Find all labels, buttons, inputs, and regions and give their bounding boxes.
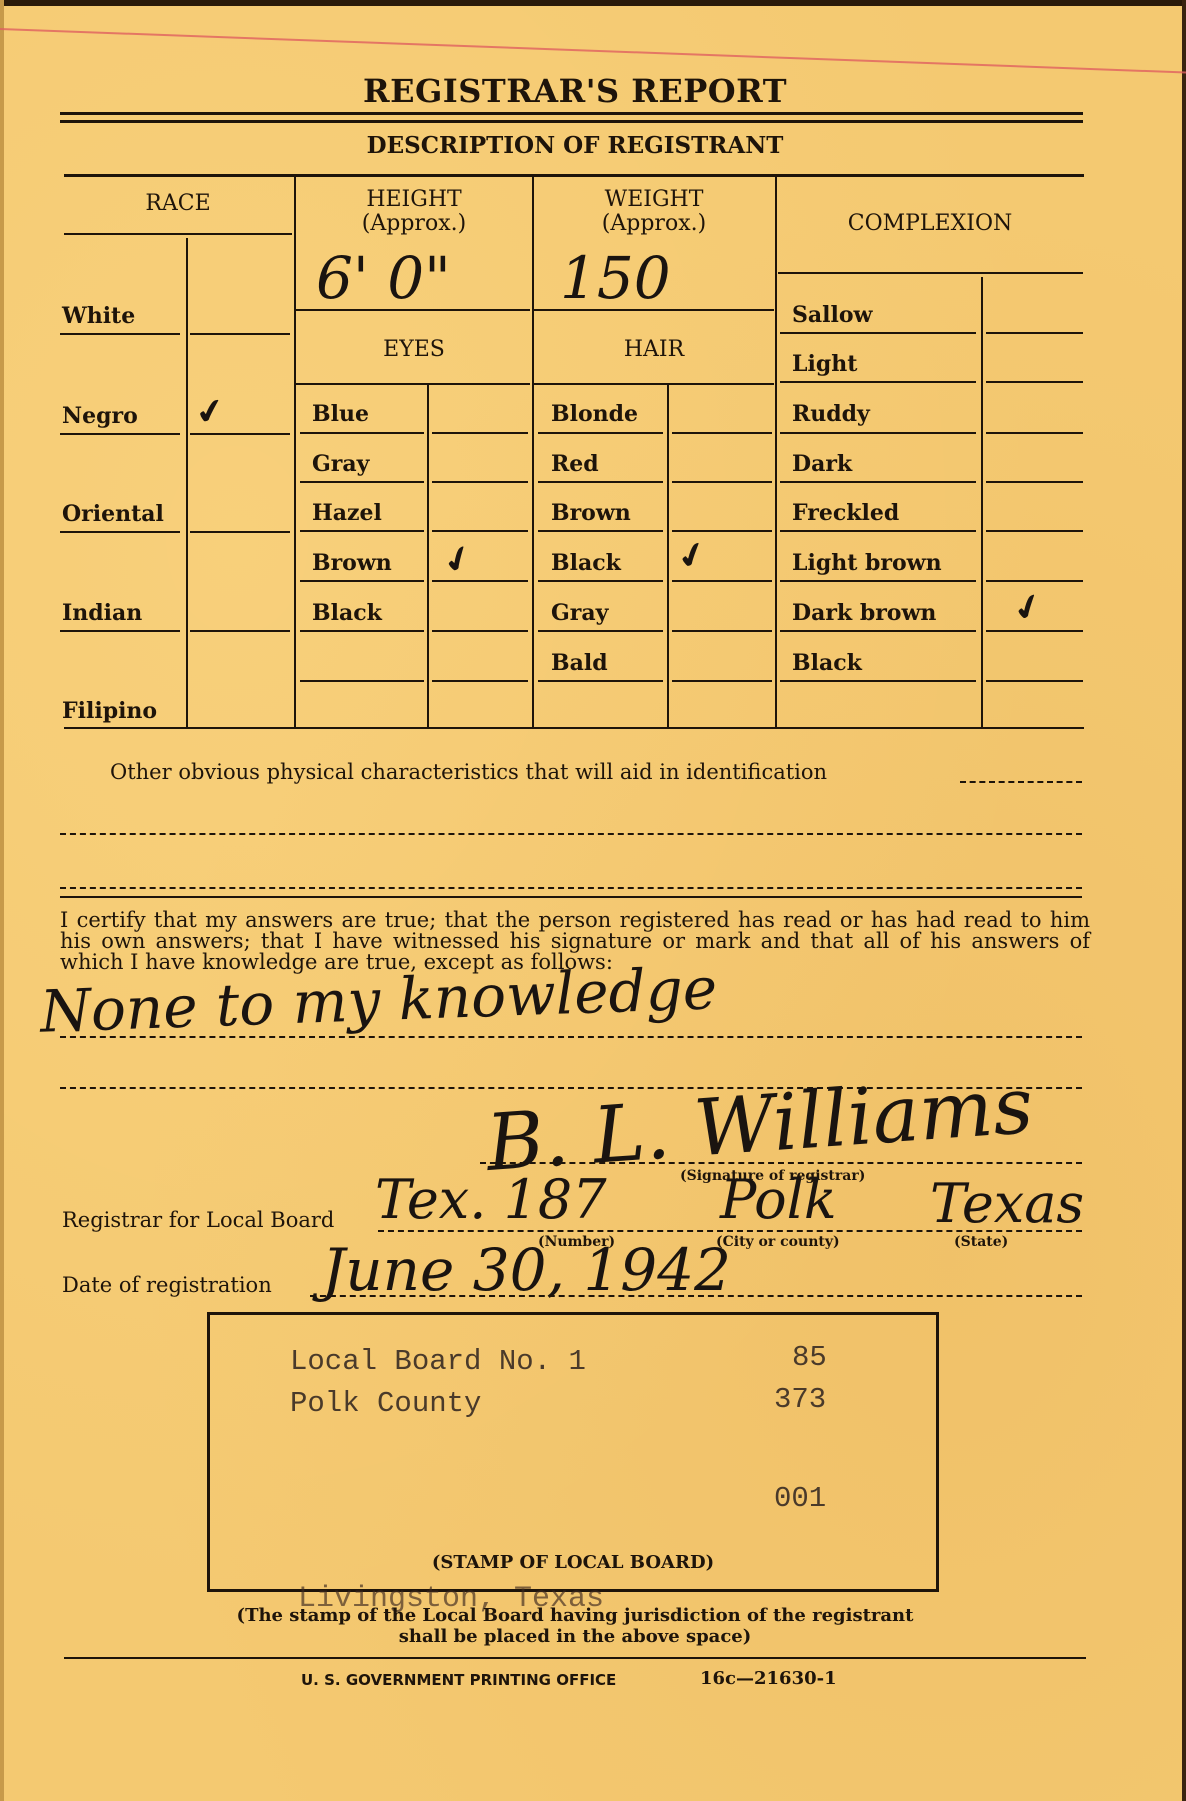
race-row-rule <box>60 433 180 435</box>
complexion-row-rule <box>780 680 976 682</box>
title-rule-bottom <box>60 120 1083 123</box>
complexion-dark-brown: Dark brown <box>792 600 936 626</box>
local-board-state: Texas <box>930 1172 1084 1235</box>
stamp-box: Local Board No. 1 Polk County 85 373 001… <box>207 1312 939 1592</box>
eyes-blue: Blue <box>312 401 369 427</box>
complexion-row-rule <box>780 630 976 632</box>
header-eyes: EYES <box>296 338 532 362</box>
header-height: HEIGHT (Approx.) <box>296 188 532 236</box>
stamp-number-2: 373 <box>774 1383 826 1416</box>
hair-brown: Brown <box>551 500 631 526</box>
hair-row-rule <box>538 630 663 632</box>
city-caption: (City or county) <box>716 1234 840 1250</box>
eyes-black: Black <box>312 600 382 626</box>
section-title: DESCRIPTION OF REGISTRANT <box>0 132 1150 159</box>
stamp-number-1: 85 <box>792 1341 827 1374</box>
stamp-line-1: Local Board No. 1 <box>290 1345 586 1378</box>
complexion-header-rule <box>778 272 1083 274</box>
hair-red: Red <box>551 451 599 477</box>
eyes-check-rule <box>432 530 528 532</box>
table-top-rule <box>64 174 1084 177</box>
hair-check-rule <box>672 580 772 582</box>
race-white: White <box>62 303 135 329</box>
scan-edge-top <box>0 0 1186 6</box>
divider-eyes-check <box>427 385 429 728</box>
divider-hair-check <box>667 385 669 728</box>
divider-race-height <box>294 176 296 728</box>
complexion-check-rule <box>986 580 1083 582</box>
hair-row-rule <box>538 481 663 483</box>
hair-bald: Bald <box>551 650 608 676</box>
complexion-light: Light <box>792 351 857 377</box>
scan-edge-right <box>1182 0 1186 1801</box>
stamp-note-line-1: (The stamp of the Local Board having jur… <box>0 1605 1150 1626</box>
header-hair: HAIR <box>534 338 774 362</box>
eyes-gray: Gray <box>312 451 369 477</box>
header-complexion: COMPLEXION <box>777 212 1083 236</box>
weight-value-rule <box>534 309 774 311</box>
title-rule-top <box>60 112 1083 115</box>
other-characteristics-line-1 <box>960 781 1082 783</box>
stamp-line-2: Polk County <box>290 1387 481 1420</box>
complexion-row-rule <box>780 381 976 383</box>
race-row-rule <box>60 333 180 335</box>
stamp-note-line-2: shall be placed in the above space) <box>0 1626 1150 1647</box>
divider-height-weight <box>532 176 534 728</box>
stamp-note: (The stamp of the Local Board having jur… <box>0 1605 1150 1647</box>
race-check-rule <box>190 433 290 435</box>
local-board-line <box>378 1230 1082 1232</box>
complexion-row-rule <box>780 580 976 582</box>
divider-weight-complexion <box>775 176 777 728</box>
eyes-check-rule <box>432 630 528 632</box>
local-board-label: Registrar for Local Board <box>62 1208 334 1232</box>
complexion-check-rule <box>986 481 1083 483</box>
complexion-check-rule <box>986 381 1083 383</box>
race-row-rule <box>60 630 180 632</box>
complexion-row-rule <box>780 432 976 434</box>
hair-check-rule <box>672 481 772 483</box>
signature-line <box>480 1162 1082 1164</box>
date-label: Date of registration <box>62 1273 272 1297</box>
eyes-check-rule <box>432 432 528 434</box>
date-value: June 30, 1942 <box>322 1236 731 1304</box>
race-check-rule <box>190 333 290 335</box>
header-race: RACE <box>64 192 292 216</box>
complexion-dark: Dark <box>792 451 852 477</box>
complexion-row-rule <box>780 481 976 483</box>
race-header-rule <box>64 233 292 235</box>
eyes-row-rule <box>300 432 424 434</box>
eyes-check-rule <box>432 481 528 483</box>
complexion-check-rule <box>986 630 1083 632</box>
race-check-rule <box>190 630 290 632</box>
hair-row-rule <box>538 680 663 682</box>
eyes-check-rule <box>432 580 528 582</box>
hair-row-rule <box>538 432 663 434</box>
race-row-rule <box>60 531 180 533</box>
complexion-check-rule <box>986 432 1083 434</box>
complexion-check-rule <box>986 680 1083 682</box>
eyes-row-rule <box>300 680 424 682</box>
hair-check-rule <box>672 680 772 682</box>
eyes-row-rule <box>300 530 424 532</box>
footer-rule <box>64 1657 1086 1659</box>
header-weight-label: WEIGHT <box>534 188 774 212</box>
other-characteristics-label: Other obvious physical characteristics t… <box>110 760 827 784</box>
state-caption: (State) <box>954 1234 1008 1250</box>
other-characteristics-line-3 <box>60 887 1082 889</box>
eyes-hazel: Hazel <box>312 500 382 526</box>
stamp-number-3: 001 <box>774 1482 826 1515</box>
header-weight: WEIGHT (Approx.) <box>534 188 774 236</box>
printer-name: U. S. GOVERNMENT PRINTING OFFICE <box>301 1671 616 1689</box>
race-oriental: Oriental <box>62 501 164 527</box>
section-rule <box>60 896 1082 898</box>
complexion-row-rule <box>780 332 976 334</box>
hair-check-rule <box>672 630 772 632</box>
hair-row-rule <box>538 580 663 582</box>
other-characteristics-line-2 <box>60 833 1082 835</box>
complexion-row-rule <box>780 530 976 532</box>
complexion-check-rule <box>986 530 1083 532</box>
height-value-rule <box>296 309 530 311</box>
hair-check-rule <box>672 432 772 434</box>
race-filipino: Filipino <box>62 698 157 724</box>
divider-race-check <box>186 238 188 728</box>
weight-value: 150 <box>560 244 671 312</box>
divider-complexion-check <box>981 277 983 728</box>
hair-row-rule <box>538 530 663 532</box>
complexion-light-brown: Light brown <box>792 550 942 576</box>
scan-edge-left <box>0 0 4 1801</box>
height-value: 6' 0" <box>316 244 451 312</box>
table-bottom-rule <box>64 727 1084 729</box>
hair-blonde: Blonde <box>551 401 638 427</box>
eyes-brown: Brown <box>312 550 392 576</box>
eyes-header-rule <box>296 383 530 385</box>
hair-gray: Gray <box>551 600 608 626</box>
race-indian: Indian <box>62 600 142 626</box>
date-line <box>310 1295 1082 1297</box>
complexion-ruddy: Ruddy <box>792 401 870 427</box>
eyes-row-rule <box>300 630 424 632</box>
form-code: 16c—21630-1 <box>700 1668 837 1689</box>
hair-header-rule <box>534 383 774 385</box>
stamp-caption: (STAMP OF LOCAL BOARD) <box>210 1552 936 1573</box>
race-check-rule <box>190 531 290 533</box>
header-weight-sub: (Approx.) <box>534 212 774 236</box>
local-board-number: Tex. 187 <box>375 1168 607 1231</box>
header-height-sub: (Approx.) <box>296 212 532 236</box>
page-title: REGISTRAR'S REPORT <box>0 72 1150 110</box>
eyes-row-rule <box>300 481 424 483</box>
complexion-check-rule <box>986 332 1083 334</box>
complexion-sallow: Sallow <box>792 302 872 328</box>
complexion-freckled: Freckled <box>792 500 899 526</box>
hair-check-rule <box>672 530 772 532</box>
local-board-city: Polk <box>720 1168 837 1231</box>
exceptions-line-1 <box>60 1036 1082 1038</box>
header-height-label: HEIGHT <box>296 188 532 212</box>
hair-black: Black <box>551 550 621 576</box>
complexion-black: Black <box>792 650 862 676</box>
eyes-check-rule <box>432 680 528 682</box>
race-negro: Negro <box>62 403 138 429</box>
eyes-row-rule <box>300 580 424 582</box>
